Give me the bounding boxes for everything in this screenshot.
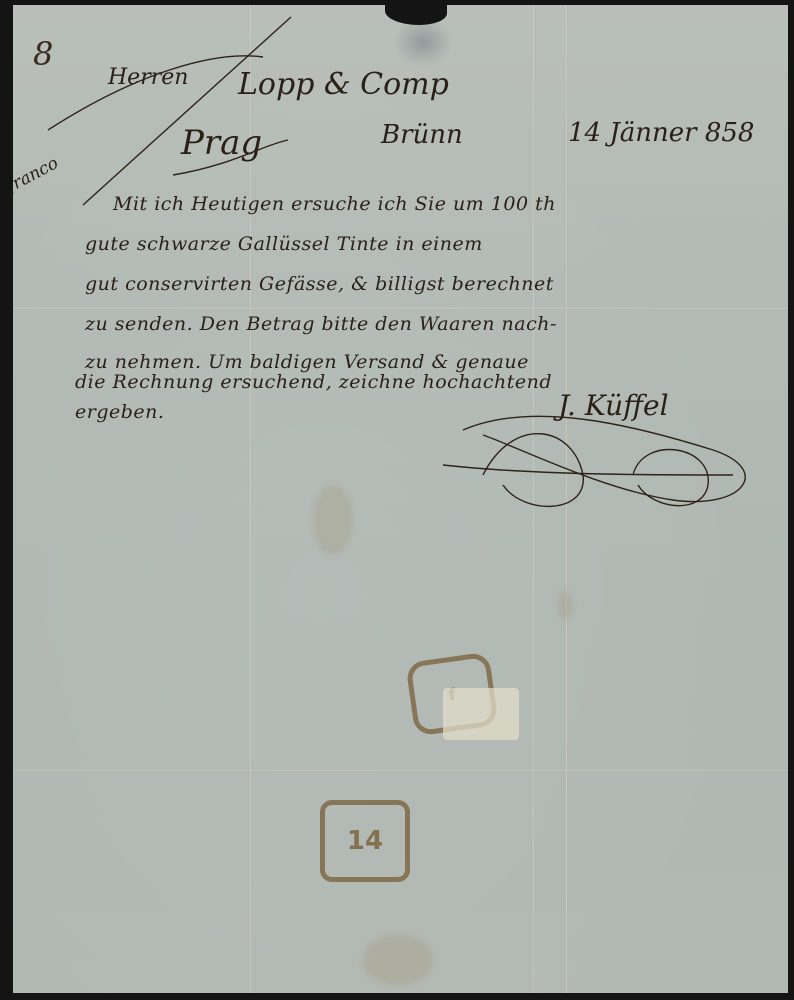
paper-sheet: 8 Herren Lopp & Comp Prag franco Brünn 1… xyxy=(13,5,788,993)
wax-seal-remnant xyxy=(443,688,519,740)
square-rate-stamp-text: 14 xyxy=(347,826,383,856)
letter-scan: 8 Herren Lopp & Comp Prag franco Brünn 1… xyxy=(0,0,794,1000)
address-strike-line xyxy=(83,17,291,205)
square-rate-stamp: 14 xyxy=(320,800,410,882)
